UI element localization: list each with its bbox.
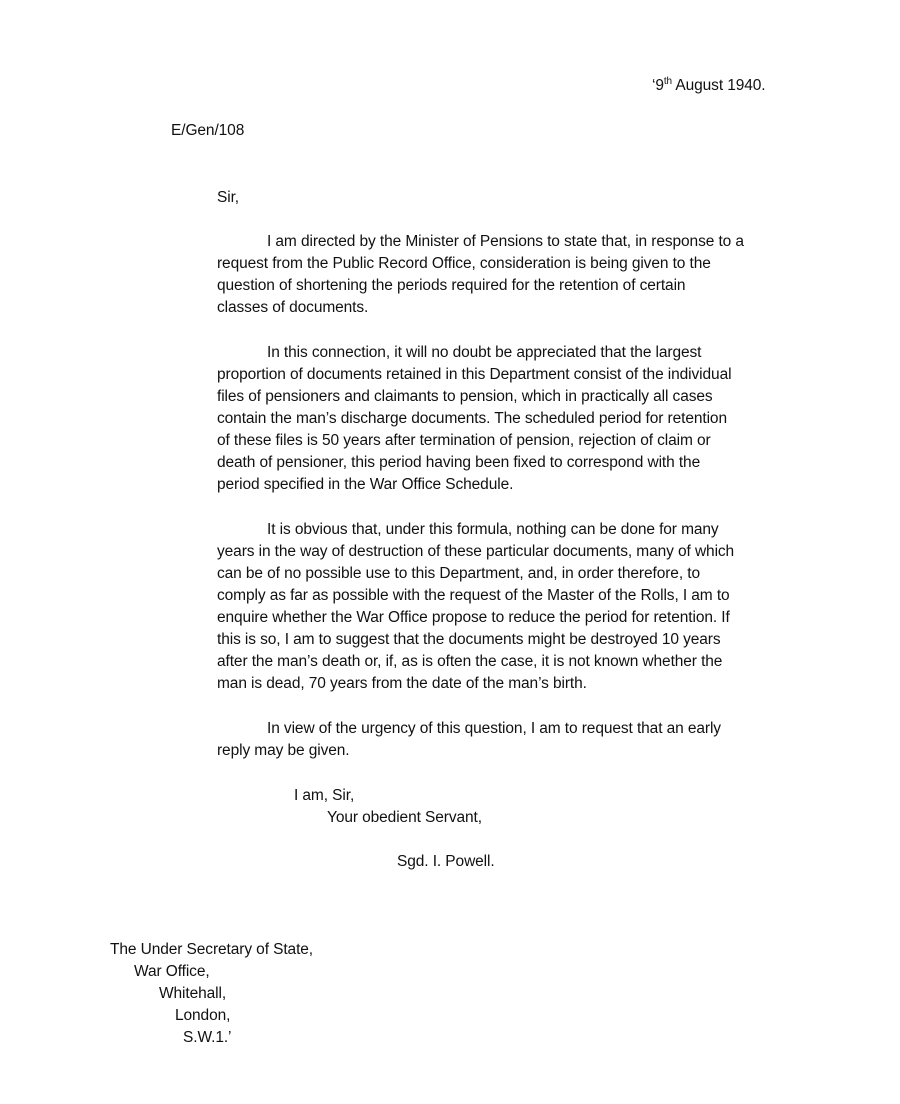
paragraph-line: death of pensioner, this period having b… (217, 452, 700, 474)
paragraph-line: period specified in the War Office Sched… (217, 474, 513, 496)
paragraph-line: man is dead, 70 years from the date of t… (217, 673, 587, 695)
paragraph-line: comply as far as possible with the reque… (217, 585, 730, 607)
date-day: ‘9 (652, 77, 664, 94)
paragraph-line: years in the way of destruction of these… (217, 541, 734, 563)
paragraph-line: In view of the urgency of this question,… (267, 718, 721, 740)
addressee-line: War Office, (134, 961, 210, 983)
addressee-line: S.W.1.’ (183, 1027, 231, 1049)
paragraph-line: contain the man’s discharge documents. T… (217, 408, 727, 430)
paragraph-line: this is so, I am to suggest that the doc… (217, 629, 721, 651)
paragraph-line: enquire whether the War Office propose t… (217, 607, 730, 629)
paragraph-line: I am directed by the Minister of Pension… (267, 231, 744, 253)
reference-number: E/Gen/108 (171, 120, 244, 142)
date-rest: August 1940. (672, 77, 766, 94)
salutation: Sir, (217, 187, 239, 209)
paragraph-line: reply may be given. (217, 740, 350, 762)
addressee-line: Whitehall, (159, 983, 226, 1005)
paragraph-line: of these files is 50 years after termina… (217, 430, 711, 452)
signature: Sgd. I. Powell. (397, 851, 495, 873)
addressee-line: The Under Secretary of State, (110, 939, 313, 961)
paragraph-line: It is obvious that, under this formula, … (267, 519, 719, 541)
closing-line-2: Your obedient Servant, (327, 807, 482, 829)
closing-line-1: I am, Sir, (294, 785, 354, 807)
paragraph-line: after the man’s death or, if, as is ofte… (217, 651, 722, 673)
paragraph-line: In this connection, it will no doubt be … (267, 342, 701, 364)
paragraph-line: proportion of documents retained in this… (217, 364, 731, 386)
addressee-line: London, (175, 1005, 230, 1027)
paragraph-line: can be of no possible use to this Depart… (217, 563, 700, 585)
letter-date: ‘9th August 1940. (652, 75, 766, 97)
paragraph-line: files of pensioners and claimants to pen… (217, 386, 713, 408)
date-ordinal: th (664, 76, 672, 87)
paragraph-line: question of shortening the periods requi… (217, 275, 685, 297)
paragraph-line: request from the Public Record Office, c… (217, 253, 711, 275)
paragraph-line: classes of documents. (217, 297, 368, 319)
